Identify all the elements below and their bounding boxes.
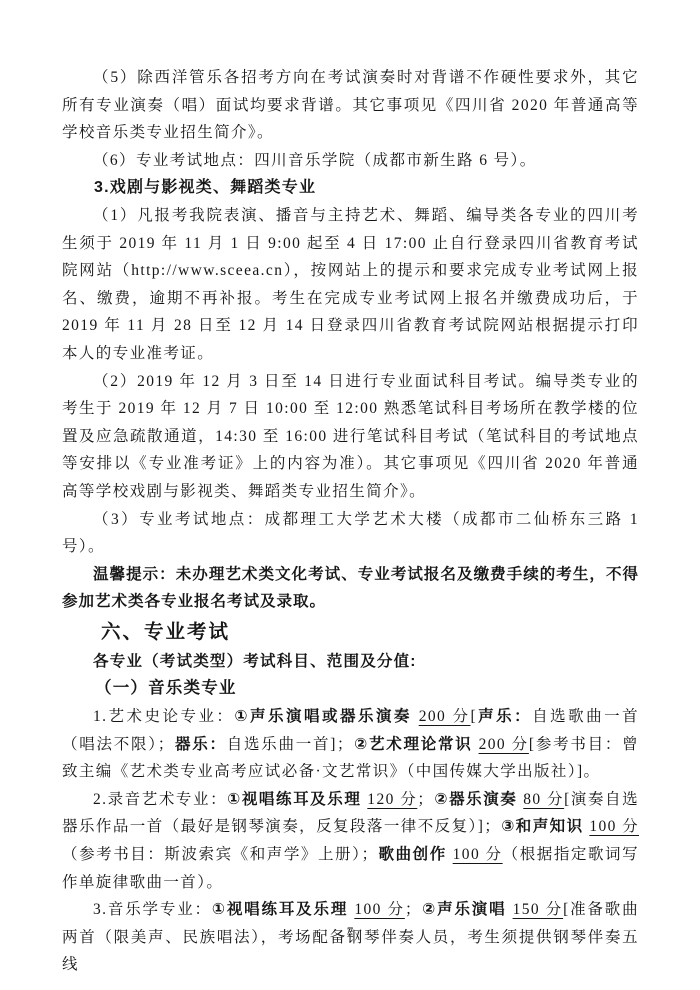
- score-underlined: 150 分: [513, 901, 564, 918]
- heading-exam-scope: 各专业（考试类型）考试科目、范围及分值:: [62, 648, 639, 676]
- bold-text-run: 声乐：: [477, 708, 532, 725]
- text-run: （5）除西洋管乐各招考方向在考试演奏时对背谱不作硬性要求外，其它所有专业演奏（唱…: [62, 69, 639, 141]
- text-run: 3.音乐学专业：: [93, 901, 212, 918]
- document-content: （5）除西洋管乐各招考方向在考试演奏时对背谱不作硬性要求外，其它所有专业演奏（唱…: [62, 64, 639, 979]
- para-major-art-history: 1.艺术史论专业：①声乐演唱或器乐演奏 200 分[声乐：自选歌曲一首（唱法不限…: [62, 703, 639, 786]
- text-run: （3）专业考试地点：成都理工大学艺术大楼（成都市二仙桥东三路 1 号）。: [62, 511, 639, 556]
- text-run: （6）专业考试地点：四川音乐学院（成都市新生路 6 号）。: [93, 152, 537, 169]
- text-run: 2.录音艺术专业：: [93, 791, 227, 808]
- page-number: 7: [0, 924, 700, 940]
- text-run: 自选乐曲一首]；: [227, 736, 354, 753]
- text-run: 1.艺术史论专业：: [93, 708, 234, 725]
- bold-text-run: ①视唱练耳及乐理: [227, 791, 367, 808]
- text-run: （2）2019 年 12 月 3 日至 14 日进行专业面试科目考试。编导类专业…: [62, 373, 639, 500]
- heading-drama-film-dance: 3.戏剧与影视类、舞蹈类专业: [62, 174, 639, 202]
- score-underlined: 100 分: [453, 846, 503, 863]
- para-drama-item-2: （2）2019 年 12 月 3 日至 14 日进行专业面试科目考试。编导类专业…: [62, 368, 639, 506]
- para-item-5: （5）除西洋管乐各招考方向在考试演奏时对背谱不作硬性要求外，其它所有专业演奏（唱…: [62, 64, 639, 147]
- text-run: （1）凡报考我院表演、播音与主持艺术、舞蹈、编导类各专业的四川考生须于 2019…: [62, 207, 639, 362]
- heading-music-majors: （一）音乐类专业: [62, 675, 639, 703]
- score-underlined: 100 分: [354, 901, 405, 918]
- bold-text-run: 歌曲创作: [378, 846, 452, 863]
- score-underlined: 200 分: [479, 736, 529, 753]
- bold-text-run: 器乐：: [175, 736, 227, 753]
- heading-chapter-six: 六、专业考试: [62, 616, 639, 648]
- score-underlined: 120 分: [367, 791, 417, 808]
- text-run: （一）音乐类专业: [95, 679, 237, 697]
- text-run: 六、专业考试: [101, 621, 230, 643]
- bold-text-run: ②声乐演唱: [422, 901, 513, 918]
- text-run: ；: [405, 901, 422, 918]
- text-run: ；: [417, 791, 434, 808]
- document-page: （5）除西洋管乐各招考方向在考试演奏时对背谱不作硬性要求外，其它所有专业演奏（唱…: [0, 0, 700, 990]
- score-underlined: 100 分: [589, 818, 639, 835]
- score-underlined: 200 分: [419, 708, 471, 725]
- text-run: 各专业（考试类型）考试科目、范围及分值:: [93, 653, 417, 670]
- bold-text-run: ②器乐演奏: [434, 791, 523, 808]
- text-run: 3.戏剧与影视类、舞蹈类专业: [94, 179, 316, 196]
- para-item-6: （6）专业考试地点：四川音乐学院（成都市新生路 6 号）。: [62, 147, 639, 175]
- para-drama-item-1: （1）凡报考我院表演、播音与主持艺术、舞蹈、编导类各专业的四川考生须于 2019…: [62, 202, 639, 368]
- para-drama-item-3: （3）专业考试地点：成都理工大学艺术大楼（成都市二仙桥东三路 1 号）。: [62, 506, 639, 561]
- bold-text-run: ①视唱练耳及乐理: [212, 901, 354, 918]
- para-warning: 温馨提示：未办理艺术类文化考试、专业考试报名及缴费手续的考生，不得参加艺术类各专…: [62, 561, 639, 616]
- text-run: 温馨提示：未办理艺术类文化考试、专业考试报名及缴费手续的考生，不得参加艺术类各专…: [62, 566, 639, 611]
- bold-text-run: ①声乐演唱或器乐演奏: [234, 708, 418, 725]
- text-run: （参考书目：斯波索宾《和声学》上册）；: [62, 846, 378, 863]
- bold-text-run: ②艺术理论常识: [354, 736, 479, 753]
- score-underlined: 80 分: [523, 791, 564, 808]
- bold-text-run: ③和声知识: [501, 818, 589, 835]
- para-major-recording-arts: 2.录音艺术专业：①视唱练耳及乐理 120 分；②器乐演奏 80 分[演奏自选器…: [62, 786, 639, 896]
